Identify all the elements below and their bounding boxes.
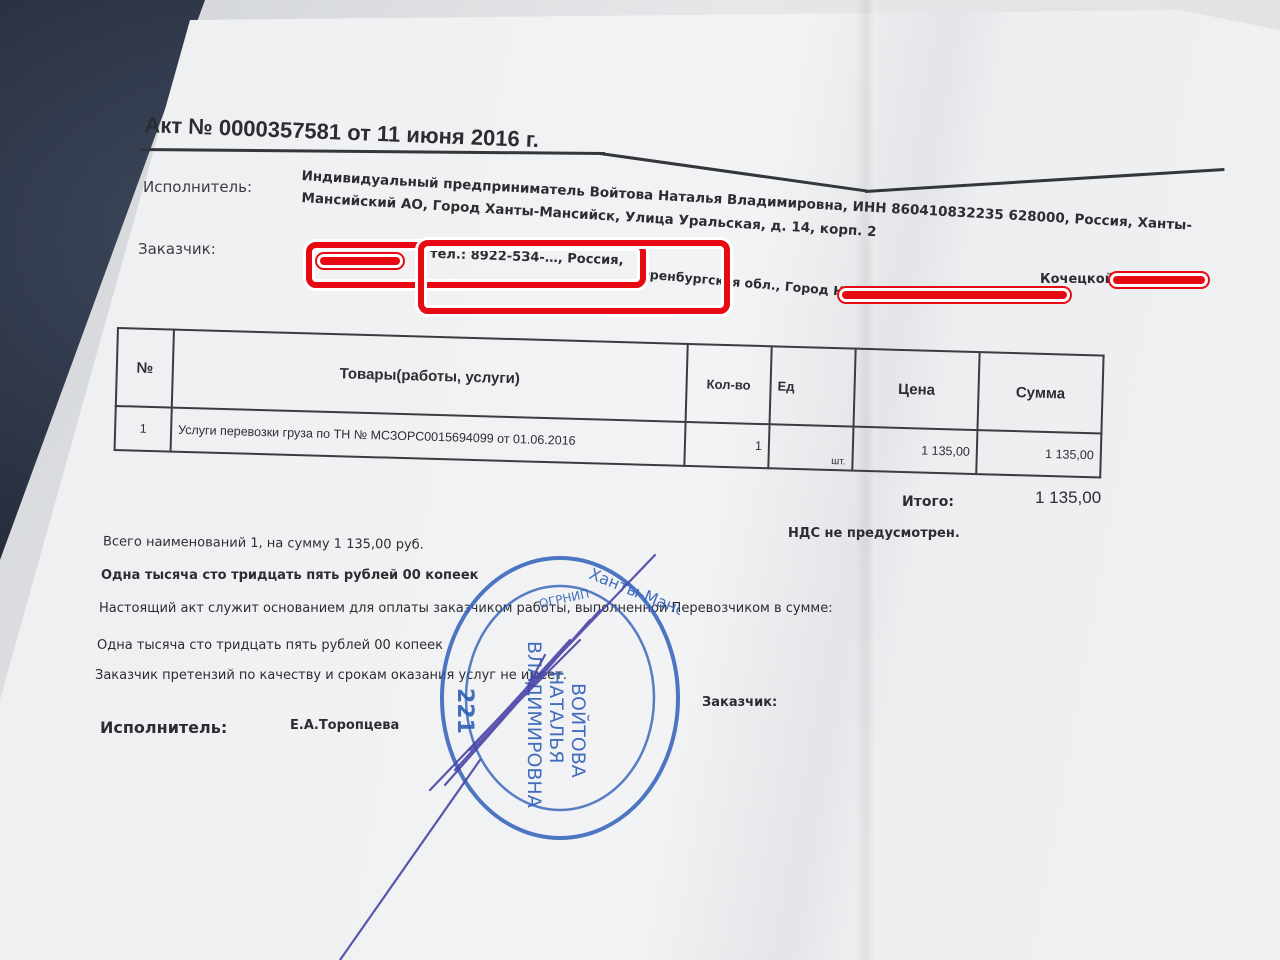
header-sum: Сумма	[977, 352, 1103, 433]
total-value: 1 135,00	[1035, 488, 1101, 508]
company-stamp: Ханты-Мансийский автономный округ ОГРНИП…	[410, 548, 680, 848]
customer-label: Заказчик:	[138, 240, 216, 258]
stamp-center-line-1: ВОЙТОВА	[567, 683, 590, 778]
customer-line-3: Кочецкой	[1040, 272, 1114, 287]
total-label: Итого:	[902, 494, 954, 510]
header-price: Цена	[854, 349, 980, 430]
vat-note: НДС не предусмотрен.	[788, 526, 960, 541]
redaction-box-address	[418, 240, 730, 314]
cell-unit: шт.	[768, 424, 853, 470]
cell-qty: 1	[684, 422, 769, 468]
cell-price: 1 135,00	[852, 427, 977, 474]
stamp-center-line-2: НАТАЛЬЯ	[545, 671, 567, 763]
signature-executor-name: Е.А.Торопцева	[290, 718, 399, 733]
signature-customer-label: Заказчик:	[702, 695, 777, 710]
redaction-bar-2	[842, 291, 1067, 299]
summary-amount-words: Одна тысяча сто тридцать пять рублей 00 …	[97, 638, 443, 653]
header-no: №	[116, 328, 174, 408]
stamp-number: 221	[452, 688, 477, 734]
redaction-bar-1	[320, 257, 400, 265]
stamp-inner-text: ОГРНИП	[538, 587, 591, 611]
cell-no: 1	[115, 406, 172, 452]
executor-label: Исполнитель:	[143, 178, 252, 196]
header-qty: Кол-во	[686, 344, 772, 424]
signature-executor-label: Исполнитель:	[100, 718, 227, 737]
cell-sum: 1 135,00	[976, 430, 1101, 477]
paper-fold	[855, 0, 877, 960]
header-goods: Товары(работы, услуги)	[172, 330, 688, 422]
header-unit: Ед	[770, 346, 856, 426]
redaction-bar-3	[1113, 276, 1205, 284]
stamp-center-line-3: ВЛАДИМИРОВНА	[523, 641, 545, 808]
